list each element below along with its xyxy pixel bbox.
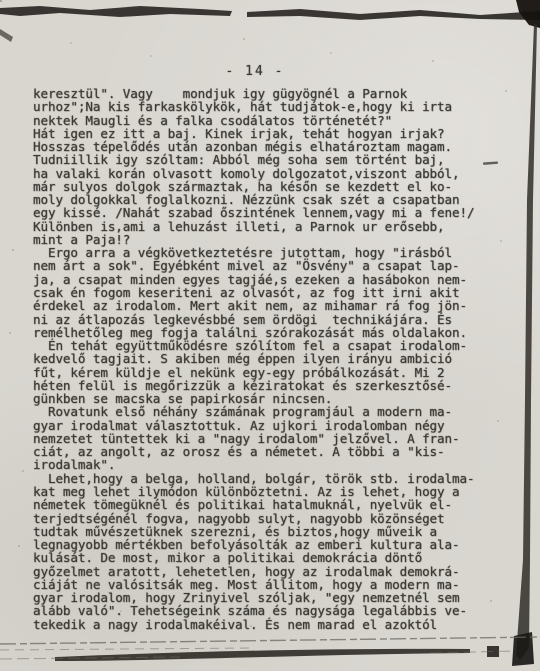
text-line: Lehet,hogy a belga, holland, bolgár, tör… <box>33 472 525 485</box>
text-line: nektek Maugli és a falka csodálatos tört… <box>33 114 525 127</box>
text-line: ja, a csapat minden egyes tagjáé,s ezeke… <box>33 273 525 286</box>
top-edge-band-left <box>0 6 232 17</box>
text-line: gyar irodalmat választottuk. Az ujkori i… <box>33 419 525 432</box>
text-line: érdekel az irodalom. Mert akit nem, az m… <box>33 299 525 312</box>
text-line: németek tömegüknél és politikai hatalmuk… <box>33 498 525 511</box>
text-line: Rovatunk első néhány számának programjáu… <box>33 405 525 418</box>
scanned-page: - 14 - keresztül". Vagy mondjuk igy gügy… <box>0 0 540 671</box>
text-line: urhoz";Na kis farkaskölykök, hát tudjáto… <box>33 100 525 113</box>
text-line: fűt, kérem küldje el nekünk egy-egy prób… <box>33 366 525 379</box>
text-line: alább való". Tehetségeink száma és nagys… <box>33 604 525 617</box>
text-line: tudtak művészetüknek szerezni, és biztos… <box>33 525 525 538</box>
right-edge-streak-bottom-blob <box>512 632 534 666</box>
text-line: ni az átlapozás legkevésbbé sem ördögi t… <box>33 313 525 326</box>
text-line: ciáját ne valósitsák meg. Most állitom, … <box>33 578 525 591</box>
left-edge-mark <box>0 29 13 42</box>
text-line: gyar irodalom, hogy Zrinyivel szóljak, "… <box>33 591 525 604</box>
bottom-thin-line-2 <box>0 648 250 650</box>
text-line: ciát, az angolt, az orosz és a németet. … <box>33 445 525 458</box>
typewritten-text: keresztül". Vagy mondjuk igy gügyögnél a… <box>33 87 525 631</box>
text-line: mint a Paja!? <box>33 233 525 246</box>
text-line: egy kissé. /Nahát szabad őszintének lenn… <box>33 206 525 219</box>
text-line: héten felül is megőrizzük a kéziratokat … <box>33 379 525 392</box>
bottom-right-mark <box>487 646 499 657</box>
page-number: - 14 - <box>180 64 330 79</box>
bottom-thin-line-3 <box>0 651 515 659</box>
paper-noise <box>0 0 2 2</box>
text-line: Tudniillik igy szóltam: Abból még soha s… <box>33 153 525 166</box>
text-line: csak én fogom keseriteni az olvasót, az … <box>33 286 525 299</box>
text-line: kat meg lehet ilymódon különböztetni. Az… <box>33 485 525 498</box>
top-edge-band-right <box>247 9 540 20</box>
text-line: nem árt a sok". Egyébként mivel az "Ösvé… <box>33 259 525 272</box>
text-line: Különben is,ami a lehuzást illeti, a Par… <box>33 220 525 233</box>
top-right-corner-blob <box>516 0 540 28</box>
text-line: győzelmet aratott, lehetetlen, hogy az i… <box>33 565 525 578</box>
text-line: nemzetet tüntettek ki a "nagy irodalom" … <box>33 432 525 445</box>
bottom-thin-line-1 <box>0 637 540 644</box>
text-line: már sulyos dolgok származtak, ha későn s… <box>33 180 525 193</box>
text-line: irodalmak". <box>33 458 525 471</box>
text-line: keresztül". Vagy mondjuk igy gügyögnél a… <box>33 87 525 100</box>
bottom-smudge-band <box>55 649 470 661</box>
text-line: Hosszas tépelődés után azonban mégis elh… <box>33 140 525 153</box>
text-line: ha valaki korán olvasott komoly dolgozat… <box>33 167 525 180</box>
text-line: kedvelő tagjait. S akiben még éppen ilye… <box>33 352 525 365</box>
text-line: terjedtségénél fogva, nagyobb sulyt, nag… <box>33 512 525 525</box>
text-line: tekedik a nagy irodalmakéival. És nem ma… <box>33 618 525 631</box>
text-line: kulását. De most, mikor a politikai demo… <box>33 551 525 564</box>
